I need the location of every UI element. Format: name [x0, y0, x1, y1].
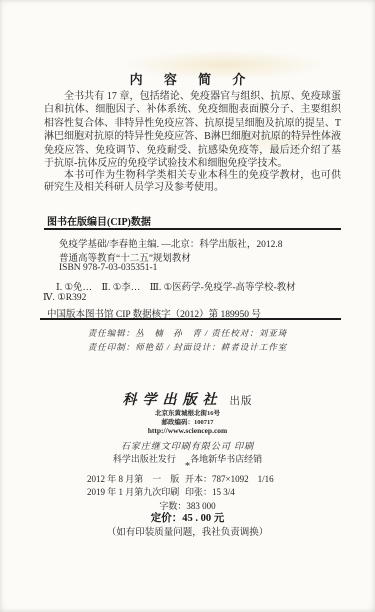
impression-line: 2019 年 1 月第九次印刷 印张：15 3/4 — [87, 485, 302, 498]
staff-editors-line: 责任编辑：丛 楠 孙 青 / 责任校对：刘亚琦 — [0, 327, 375, 339]
publisher-line: 科学出版社 出版 — [0, 389, 375, 409]
cip-classification-line-2: Ⅳ. ①R392 — [43, 292, 86, 303]
printer-line: 石家庄继文印刷有限公司 印刷 — [0, 439, 375, 452]
format-spec: 开本：787×1092 1/16 — [185, 472, 274, 485]
publisher-website: http://www.sciencep.com — [0, 426, 375, 435]
publisher-postcode: 邮政编码：100717 — [0, 417, 375, 426]
impression-date: 2019 年 1 月第九次印刷 — [87, 485, 185, 498]
cip-isbn-line: ISBN 978-7-03-035351-1 — [59, 263, 157, 273]
price: 定价：45 . 00 元 — [0, 510, 375, 525]
intro-paragraph-1: 全书共有 17 章，包括绪论、免疫器官与组织、抗原、免疫球蛋白和抗体、细胞因子、… — [44, 90, 341, 170]
intro-paragraph-2: 本书可作为生物科学类相关专业本科生的免疫学教材，也可供研究生及相关科研人员学习及… — [44, 170, 341, 194]
publisher-suffix: 出版 — [230, 396, 253, 407]
cip-title-line: 免疫学基础/李春艳主编. —北京：科学出版社，2012.8 — [59, 236, 283, 250]
cip-divider-bottom — [40, 318, 341, 320]
content-summary-title: 内 容 简 介 — [0, 69, 375, 88]
cip-section-header: 图书在版编目(CIP)数据 — [47, 213, 151, 228]
sheet-count: 印张：15 3/4 — [185, 485, 235, 498]
book-copyright-page: 内 容 简 介 全书共有 17 章，包括绪论、免疫器官与组织、抗原、免疫球蛋白和… — [0, 0, 375, 612]
cip-divider-top — [44, 228, 341, 230]
edition-line: 2012 年 8 月第 一 版 开本：787×1092 1/16 — [87, 472, 302, 485]
staff-printing-line: 责任印制：师艳茹 / 封面设计：耕者设计工作室 — [0, 341, 375, 353]
cip-series-line: 普通高等教育“十二五”规划教材 — [59, 250, 191, 264]
publisher-name: 科学出版社 — [123, 393, 223, 408]
separator-star: * — [0, 461, 375, 472]
quality-note: （如有印装质量问题，我社负责调换） — [0, 524, 375, 538]
edition-date: 2012 年 8 月第 一 版 — [87, 472, 185, 485]
publisher-address: 北京东黄城根北街16号 — [0, 408, 375, 417]
cip-classification-line-1: Ⅰ. ①免… Ⅱ. ①李… Ⅲ. ①医药学-免疫学-高等学校-教材 — [56, 279, 296, 293]
